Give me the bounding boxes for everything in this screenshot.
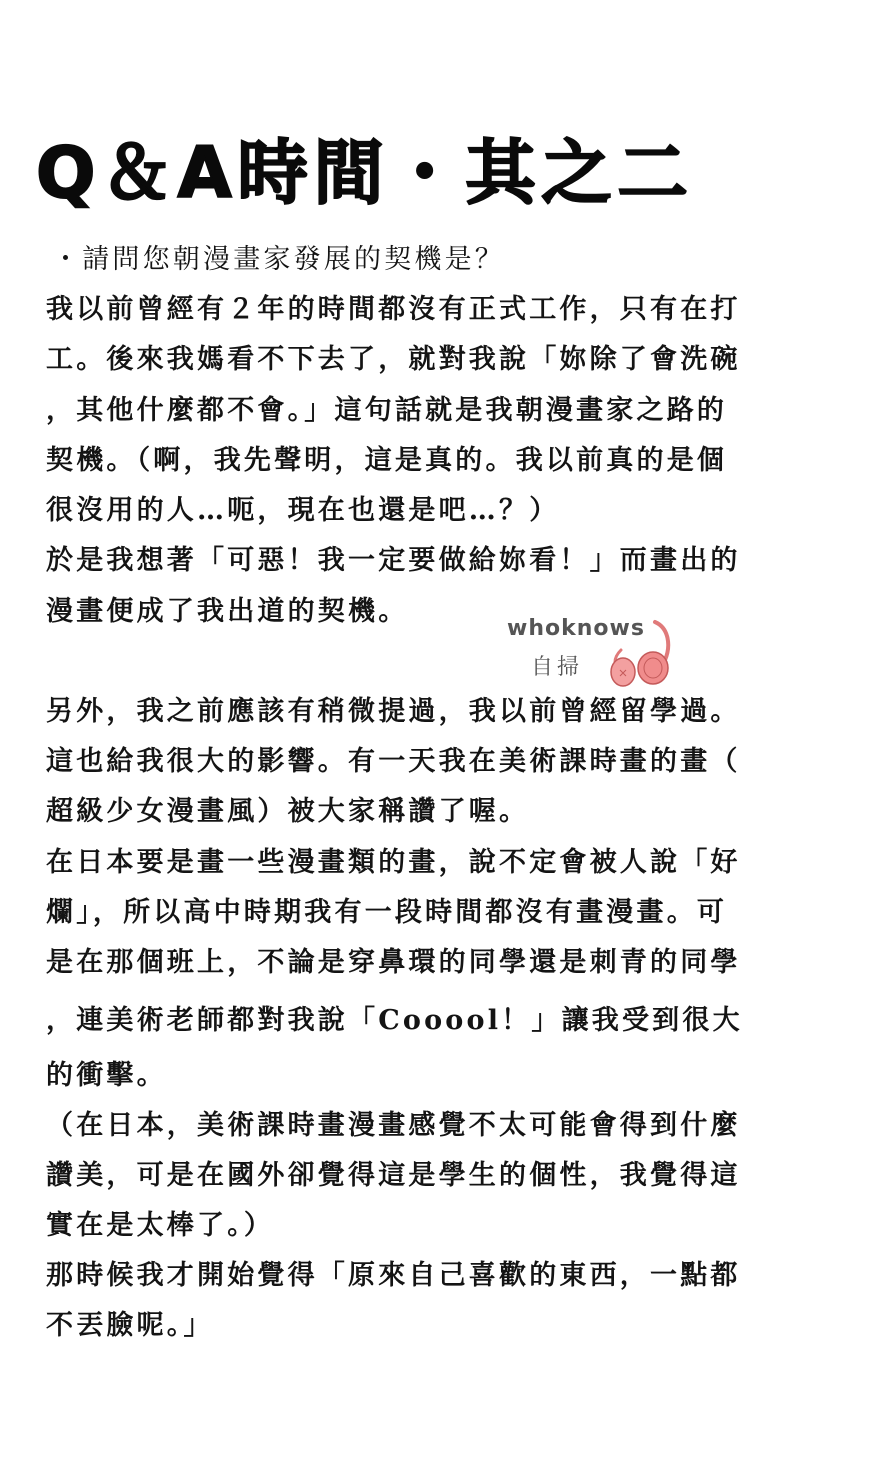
text-line: 這也給我很大的影響。有一天我在美術課時畫的畫（ (46, 744, 741, 780)
watermark-label: 自掃 (531, 650, 583, 681)
text-line: 工。後來我媽看不下去了，就對我說「妳除了會洗碗 (46, 342, 741, 378)
text-line: 另外，我之前應該有稍微提過，我以前曾經留學過。 (46, 694, 741, 730)
text-line: 契機。（啊，我先聲明，這是真的。我以前真的是個 (46, 443, 727, 479)
text-line: 讚美，可是在國外卻覺得這是學生的個性，我覺得這 (46, 1158, 741, 1194)
text-line: 在日本要是畫一些漫畫類的畫，說不定會被人說「好 (46, 845, 741, 881)
text-line: ，連美術老師都對我說「Cooool！」讓我受到很大 (46, 1003, 743, 1039)
text-line: 那時候我才開始覺得「原來自己喜歡的東西，一點都 (46, 1258, 741, 1294)
text-line: 實在是太棒了。） (46, 1208, 274, 1244)
manga-page: Q＆A時間・其之二 ・請問您朝漫畫家發展的契機是？ 我以前曾經有２年的時間都沒有… (0, 0, 890, 1468)
page-title: Q＆A時間・其之二 (36, 128, 776, 218)
headphones-icon (603, 616, 675, 688)
text-line: 超級少女漫畫風）被大家稱讚了喔。 (46, 794, 529, 830)
text-line: （在日本，美術課時畫漫畫感覺不太可能會得到什麼 (46, 1108, 741, 1144)
text-line: 我以前曾經有２年的時間都沒有正式工作，只有在打 (46, 292, 741, 328)
text-line: 很沒用的人…呃，現在也還是吧…？） (46, 493, 559, 529)
text-line: 不丟臉呢。」 (46, 1308, 214, 1344)
text-line: 是在那個班上，不論是穿鼻環的同學還是刺青的同學 (46, 945, 741, 981)
text-line: 的衝擊。 (46, 1058, 167, 1094)
scanlation-watermark: whoknows 自掃 (503, 612, 683, 690)
text-line: 於是我想著「可惡！我一定要做給妳看！」而畫出的 (46, 543, 741, 579)
question-heading: ・請問您朝漫畫家發展的契機是？ (52, 242, 505, 278)
text-line: ，其他什麼都不會。」這句話就是我朝漫畫家之路的 (46, 393, 727, 429)
text-line: 漫畫便成了我出道的契機。 (46, 594, 408, 630)
text-line: 爛」，所以高中時期我有一段時間都沒有畫漫畫。可 (46, 895, 727, 931)
